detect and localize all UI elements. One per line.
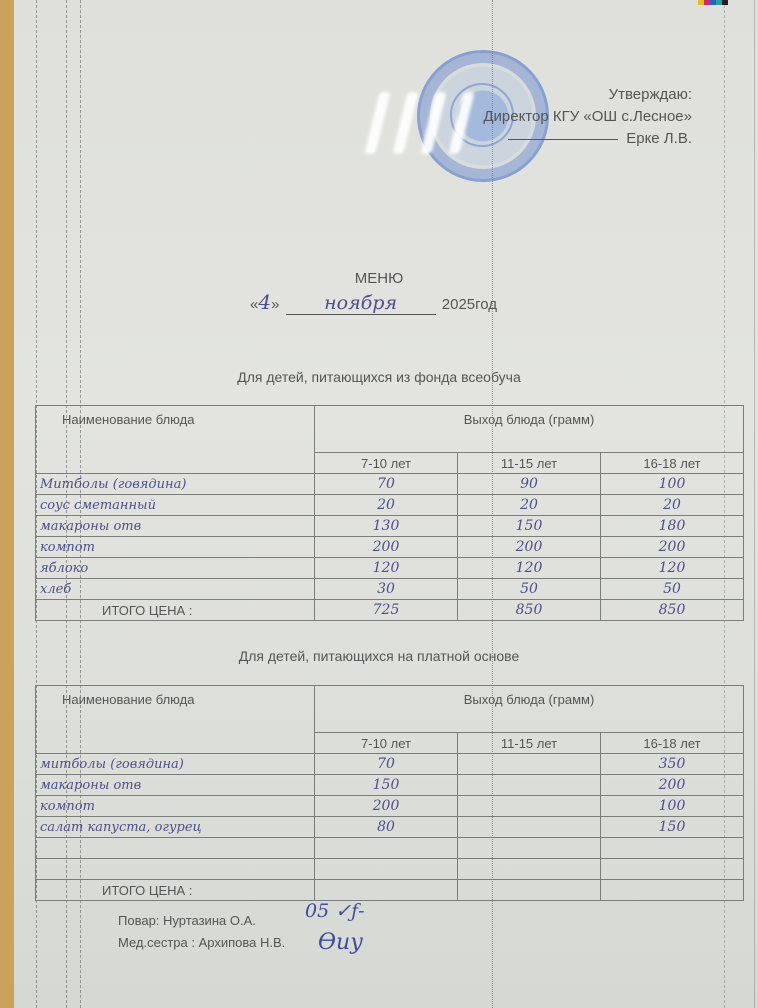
- total-value: [315, 880, 458, 901]
- portion-grams: 200: [601, 537, 744, 558]
- age-group-header: 16-18 лет: [601, 733, 744, 754]
- total-value: 850: [458, 600, 601, 621]
- portion-grams: 70: [315, 754, 458, 775]
- total-label: ИТОГО ЦЕНА :: [36, 600, 315, 621]
- portion-grams: 200: [315, 537, 458, 558]
- cook-signature: 05 ✓ƒ-: [305, 900, 365, 922]
- total-value: [458, 880, 601, 901]
- total-value: 850: [601, 600, 744, 621]
- fold-crease: [754, 0, 755, 1008]
- portion-grams: [315, 838, 458, 859]
- portion-grams: 150: [601, 817, 744, 838]
- age-group-header: 11-15 лет: [458, 453, 601, 474]
- table-row: хлеб305050: [36, 579, 744, 600]
- portion-grams: [458, 775, 601, 796]
- age-group-header: 7-10 лет: [315, 453, 458, 474]
- portion-grams: 20: [315, 495, 458, 516]
- date-month: ноября: [286, 292, 436, 315]
- col-header-dish: Наименование блюда: [36, 406, 315, 474]
- section-title-free: Для детей, питающихся из фонда всеобуча: [0, 369, 758, 385]
- dish-name: салат капуста, огурец: [36, 817, 315, 838]
- table-row: компот200200200: [36, 537, 744, 558]
- date-day: 4: [258, 290, 271, 314]
- cook-line: Повар: Нуртазина О.А.: [118, 913, 256, 928]
- col-header-dish: Наименование блюда: [36, 686, 315, 754]
- page-title: МЕНЮ: [0, 270, 758, 287]
- portion-grams: 50: [601, 579, 744, 600]
- portion-grams: [458, 817, 601, 838]
- portion-grams: 130: [315, 516, 458, 537]
- dish-name: [36, 859, 315, 880]
- portion-grams: [458, 859, 601, 880]
- portion-grams: [458, 838, 601, 859]
- quote-close: »: [271, 296, 279, 313]
- total-row: ИТОГО ЦЕНА :725850850: [36, 600, 744, 621]
- dish-name: митболы (говядина): [36, 754, 315, 775]
- signature-line: [508, 139, 618, 140]
- table-row: макароны отв150200: [36, 775, 744, 796]
- portion-grams: 50: [458, 579, 601, 600]
- dish-name: Митболы (говядина): [36, 474, 315, 495]
- portion-grams: 70: [315, 474, 458, 495]
- portion-grams: 120: [315, 558, 458, 579]
- portion-grams: 200: [458, 537, 601, 558]
- portion-grams: 180: [601, 516, 744, 537]
- menu-table-free: Наименование блюда Выход блюда (грамм) 7…: [35, 405, 744, 621]
- age-group-header: 7-10 лет: [315, 733, 458, 754]
- portion-grams: [315, 859, 458, 880]
- age-group-header: 16-18 лет: [601, 453, 744, 474]
- portion-grams: [601, 859, 744, 880]
- portion-grams: 200: [601, 775, 744, 796]
- portion-grams: 20: [458, 495, 601, 516]
- table-row: соус сметанный202020: [36, 495, 744, 516]
- menu-date: «4» ноября 2025год: [250, 290, 497, 315]
- approval-block: Утверждаю: Директор КГУ «ОШ с.Лесное» Ер…: [483, 84, 692, 150]
- col-header-output: Выход блюда (грамм): [315, 686, 744, 733]
- dish-name: соус сметанный: [36, 495, 315, 516]
- table-row: яблоко120120120: [36, 558, 744, 579]
- director-signature-line: Ерке Л.В.: [483, 128, 692, 150]
- dish-name: [36, 838, 315, 859]
- dish-name: макароны отв: [36, 775, 315, 796]
- portion-grams: 30: [315, 579, 458, 600]
- table-row: Митболы (говядина)7090100: [36, 474, 744, 495]
- portion-grams: 150: [458, 516, 601, 537]
- portion-grams: 120: [601, 558, 744, 579]
- table-row: митболы (говядина)70350: [36, 754, 744, 775]
- portion-grams: 100: [601, 796, 744, 817]
- portion-grams: 20: [601, 495, 744, 516]
- menu-table-paid: Наименование блюда Выход блюда (грамм) 7…: [35, 685, 744, 901]
- table-row: салат капуста, огурец80150: [36, 817, 744, 838]
- color-calibration-strip: [698, 0, 728, 5]
- approve-label: Утверждаю:: [483, 84, 692, 106]
- portion-grams: [458, 796, 601, 817]
- table-row: [36, 859, 744, 880]
- date-year: 2025год: [442, 296, 497, 313]
- dish-name: компот: [36, 796, 315, 817]
- portion-grams: 350: [601, 754, 744, 775]
- table-row: компот200100: [36, 796, 744, 817]
- nurse-line: Мед.сестра : Архипова Н.В.: [118, 935, 285, 950]
- total-label: ИТОГО ЦЕНА :: [36, 880, 315, 901]
- dish-name: яблоко: [36, 558, 315, 579]
- portion-grams: 80: [315, 817, 458, 838]
- director-position: Директор КГУ «ОШ с.Лесное»: [483, 106, 692, 128]
- table-row: макароны отв130150180: [36, 516, 744, 537]
- portion-grams: 90: [458, 474, 601, 495]
- col-header-output: Выход блюда (грамм): [315, 406, 744, 453]
- portion-grams: [458, 754, 601, 775]
- total-value: [601, 880, 744, 901]
- portion-grams: 100: [601, 474, 744, 495]
- section-title-paid: Для детей, питающихся на платной основе: [0, 648, 758, 664]
- portion-grams: [601, 838, 744, 859]
- nurse-signature: Ѳиу: [318, 930, 363, 955]
- total-row: ИТОГО ЦЕНА :: [36, 880, 744, 901]
- dish-name: макароны отв: [36, 516, 315, 537]
- portion-grams: 150: [315, 775, 458, 796]
- dish-name: хлеб: [36, 579, 315, 600]
- age-group-header: 11-15 лет: [458, 733, 601, 754]
- portion-grams: 200: [315, 796, 458, 817]
- total-value: 725: [315, 600, 458, 621]
- dish-name: компот: [36, 537, 315, 558]
- table-row: [36, 838, 744, 859]
- portion-grams: 120: [458, 558, 601, 579]
- director-name: Ерке Л.В.: [626, 130, 692, 147]
